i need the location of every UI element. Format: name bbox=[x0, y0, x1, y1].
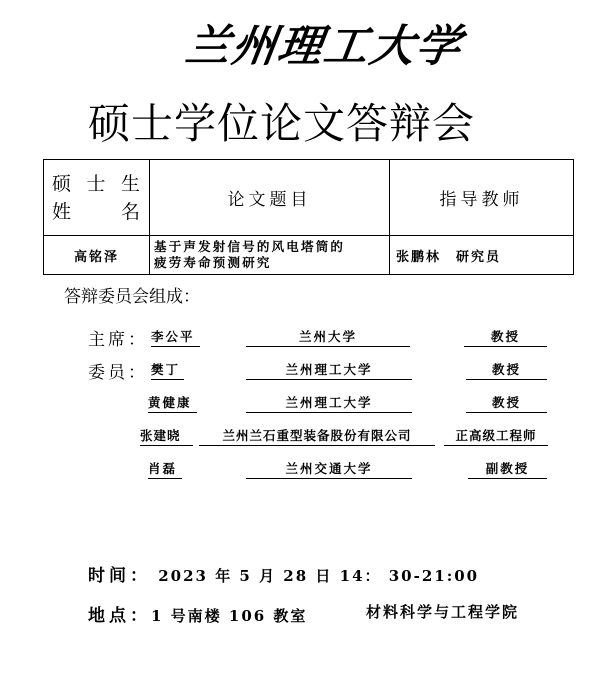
member-name: 肖磊 bbox=[148, 461, 182, 479]
page-title: 硕士学位论文答辩会 bbox=[88, 96, 475, 152]
member-affiliation: 兰州理工大学 bbox=[246, 362, 412, 380]
header-student-name: 硕 士 生 姓 名 bbox=[44, 160, 150, 236]
member-affiliation: 兰州大学 bbox=[246, 329, 410, 347]
member-name: 李公平 bbox=[151, 329, 200, 347]
table-row: 高铭泽 基于声发射信号的风电塔筒的 疲劳寿命预测研究 张鹏林 研究员 bbox=[44, 236, 574, 275]
member-name: 黄健康 bbox=[148, 395, 197, 413]
thesis-title: 基于声发射信号的风电塔筒的 疲劳寿命预测研究 bbox=[150, 236, 390, 275]
member-label: 委员： bbox=[88, 358, 148, 383]
member-name: 张建晓 bbox=[140, 428, 193, 446]
header-thesis-title: 论文题目 bbox=[150, 160, 390, 236]
chair-label: 主席： bbox=[88, 325, 148, 350]
advisor: 张鹏林 研究员 bbox=[390, 236, 574, 275]
table-header-row: 硕 士 生 姓 名 论文题目 指导教师 bbox=[44, 160, 574, 236]
member-title: 教授 bbox=[464, 329, 547, 347]
time-label: 时间： bbox=[88, 566, 151, 586]
member-affiliation: 兰州兰石重型装备股份有限公司 bbox=[199, 428, 435, 446]
defense-place: 地点：1 号南楼 106 教室 bbox=[88, 601, 307, 626]
thesis-title-line2: 疲劳寿命预测研究 bbox=[154, 255, 389, 271]
header-advisor: 指导教师 bbox=[390, 160, 574, 236]
time-value: 2023 年 5 月 28 日 14： 30-21:00 bbox=[158, 567, 479, 585]
header-char: 硕 bbox=[52, 170, 71, 198]
header-char: 姓 bbox=[52, 198, 71, 226]
thesis-title-line1: 基于声发射信号的风电塔筒的 bbox=[154, 239, 389, 255]
header-char: 生 bbox=[121, 170, 140, 198]
place-label: 地点： bbox=[88, 606, 151, 626]
member-affiliation: 兰州交通大学 bbox=[246, 461, 412, 479]
member-title: 正高级工程师 bbox=[444, 428, 548, 446]
header-char: 名 bbox=[121, 198, 140, 226]
member-title: 副教授 bbox=[468, 461, 547, 479]
member-affiliation: 兰州理工大学 bbox=[246, 395, 412, 413]
member-title: 教授 bbox=[466, 362, 547, 380]
header-char: 士 bbox=[86, 170, 105, 198]
place-value: 1 号南楼 106 教室 bbox=[151, 607, 307, 625]
university-logo: 兰州理工大学 bbox=[182, 16, 431, 78]
defense-time: 时间： 2023 年 5 月 28 日 14： 30-21:00 bbox=[88, 561, 479, 586]
member-title: 教授 bbox=[466, 395, 547, 413]
member-name: 樊丁 bbox=[151, 362, 184, 380]
info-table: 硕 士 生 姓 名 论文题目 指导教师 高铭泽 基于声发射信号的风电塔筒的 疲劳… bbox=[43, 159, 574, 275]
student-name: 高铭泽 bbox=[44, 236, 150, 275]
committee-heading: 答辩委员会组成： bbox=[64, 282, 200, 307]
school-name: 材料科学与工程学院 bbox=[366, 601, 519, 622]
